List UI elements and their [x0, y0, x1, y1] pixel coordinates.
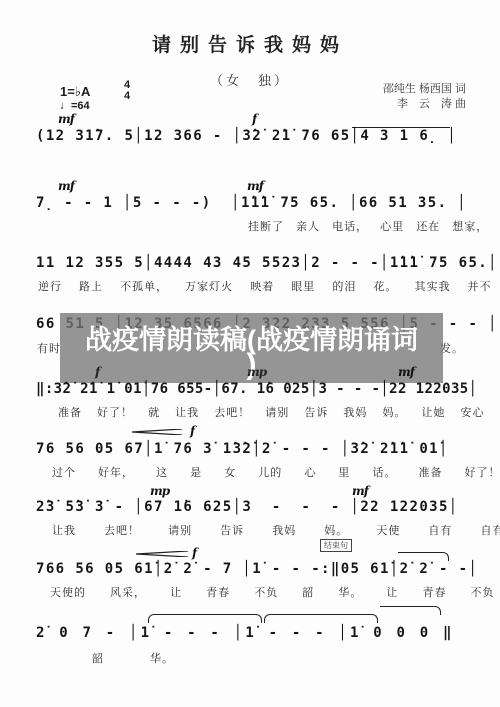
crescendo-hairpin [132, 429, 182, 435]
composer-credit: 李 云 涛 曲 [383, 97, 466, 112]
system-8-notes: 766 56 05 61̇│2̇ 2̇ - 7 │1̇ - - -:‖05 61… [36, 561, 476, 577]
dynamic-mark: f [95, 365, 99, 379]
sheet-music-page: 请别告诉我妈妈 （女 独） 1=♭A 4 4 ♩=64 邵纯生 杨西国 词 李 … [0, 0, 500, 707]
system-7-notes: 2̇3̇ 5̇3̇ 3̇ - │67 1̇6 625│3 - - - │22 1… [36, 499, 476, 515]
credits: 邵纯生 杨西国 词 李 云 涛 曲 [383, 82, 466, 112]
crescendo-hairpin [136, 551, 186, 557]
system-2-lyrics: 挂断了 亲人 电话， 心里 还在 想家， [248, 218, 488, 234]
system-5-lyrics: 准备 好了！ 就 让我 去吧！ 请别 告诉 我妈 妈。 让她 安心 安心 [58, 404, 500, 420]
system-3-notes: 11 12 355 5│4444 43 45 5523│2 - - -│1̇1̇… [36, 255, 476, 271]
dynamic-mark: f [190, 424, 194, 438]
lyricist-credit: 邵纯生 杨西国 词 [383, 82, 466, 97]
time-signature: 4 4 [120, 80, 134, 102]
key-signature: 1=♭A [60, 84, 90, 100]
system-9-notes: 2̇ 0 7 - │1̇ - - - │1̇ - - - │1̇ 0 0 0 ‖ [36, 625, 476, 641]
dynamic-mark: f [192, 546, 196, 560]
dynamic-mark: mf [58, 179, 74, 193]
dynamic-mark: mf [58, 112, 74, 126]
system-5-notes: ‖:3̇2̇ 2̇1̇ 1̇ 01̇│76 655-│67. 1̇6 025│3… [36, 381, 476, 397]
system-7-lyrics: 让我 去吧！ 请别 告诉 我妈 妈。 天使 自有 自有 [52, 522, 500, 538]
tie-bracket [264, 614, 378, 623]
dynamic-mark: mp [247, 365, 266, 379]
tie-bracket [398, 552, 449, 561]
system-1-notes: (12 31̇7. 5│12 366 - │3̇2̇ 2̇1̇ 76 65│4 … [36, 128, 476, 144]
tie-bracket [148, 614, 262, 623]
system-8-lyrics: 天使的 风采， 让 青春 不负 韶 华。 让 青春 不负 [50, 584, 495, 600]
tempo-marking: ♩=64 [60, 100, 90, 112]
tie-bracket [380, 606, 441, 615]
dynamic-mark: mf [398, 365, 414, 379]
dynamic-mark: mp [150, 484, 169, 498]
dynamic-mark: f [252, 112, 256, 126]
system-6-lyrics: 过个 好年， 这 是 女 儿的 心 里 话。 准备 好了！ 就 [52, 464, 500, 480]
time-signature-bottom: 4 [120, 91, 134, 102]
dynamic-mark: mf [247, 179, 263, 193]
system-3-lyrics: 逆行 路上 不孤单， 万家灯火 映着 眼里 的泪 花。 其实我 并不 伟大， [38, 278, 500, 294]
system-4-lyrics-left: 有时 [37, 340, 61, 356]
song-title: 请别告诉我妈妈 [0, 30, 500, 57]
system-2-notes: 7̣ - - 1 │5 - - -) │1̇1̇1̇ 75 65. │66 51… [36, 195, 476, 211]
ending-phrase-label: 结束句 [320, 539, 352, 552]
system-6-notes: 76 56 05 67│1̇ 76 3̇ 1̇3̇2̇│2̇ - - - │3̇… [36, 441, 476, 457]
system-9-lyrics: 韶 华。 [92, 650, 174, 666]
system-4-lyrics-right: 发。 [440, 340, 464, 356]
dynamic-mark: mf [352, 484, 368, 498]
